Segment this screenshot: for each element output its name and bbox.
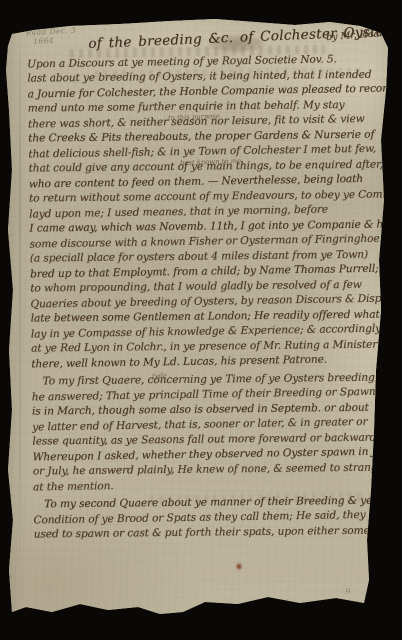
photograph-background: Read Dec. 3 1664 of the breeding &c. of … bbox=[0, 0, 402, 640]
rust-stain bbox=[236, 563, 242, 570]
received-date-stamp: Read Dec. 3 1664 bbox=[26, 26, 77, 47]
manuscript-line: used to spawn or cast & put forth their … bbox=[34, 524, 384, 543]
manuscript-text: Upon a Discours at ye meeting of ye Roya… bbox=[27, 52, 384, 543]
stamp-line-2: 1664 bbox=[33, 35, 77, 46]
page-number-mark: 9 bbox=[344, 587, 351, 597]
paper-crease bbox=[19, 30, 21, 605]
manuscript-page: Read Dec. 3 1664 of the breeding &c. of … bbox=[0, 0, 402, 640]
interline-note: tyde bbox=[152, 372, 167, 381]
